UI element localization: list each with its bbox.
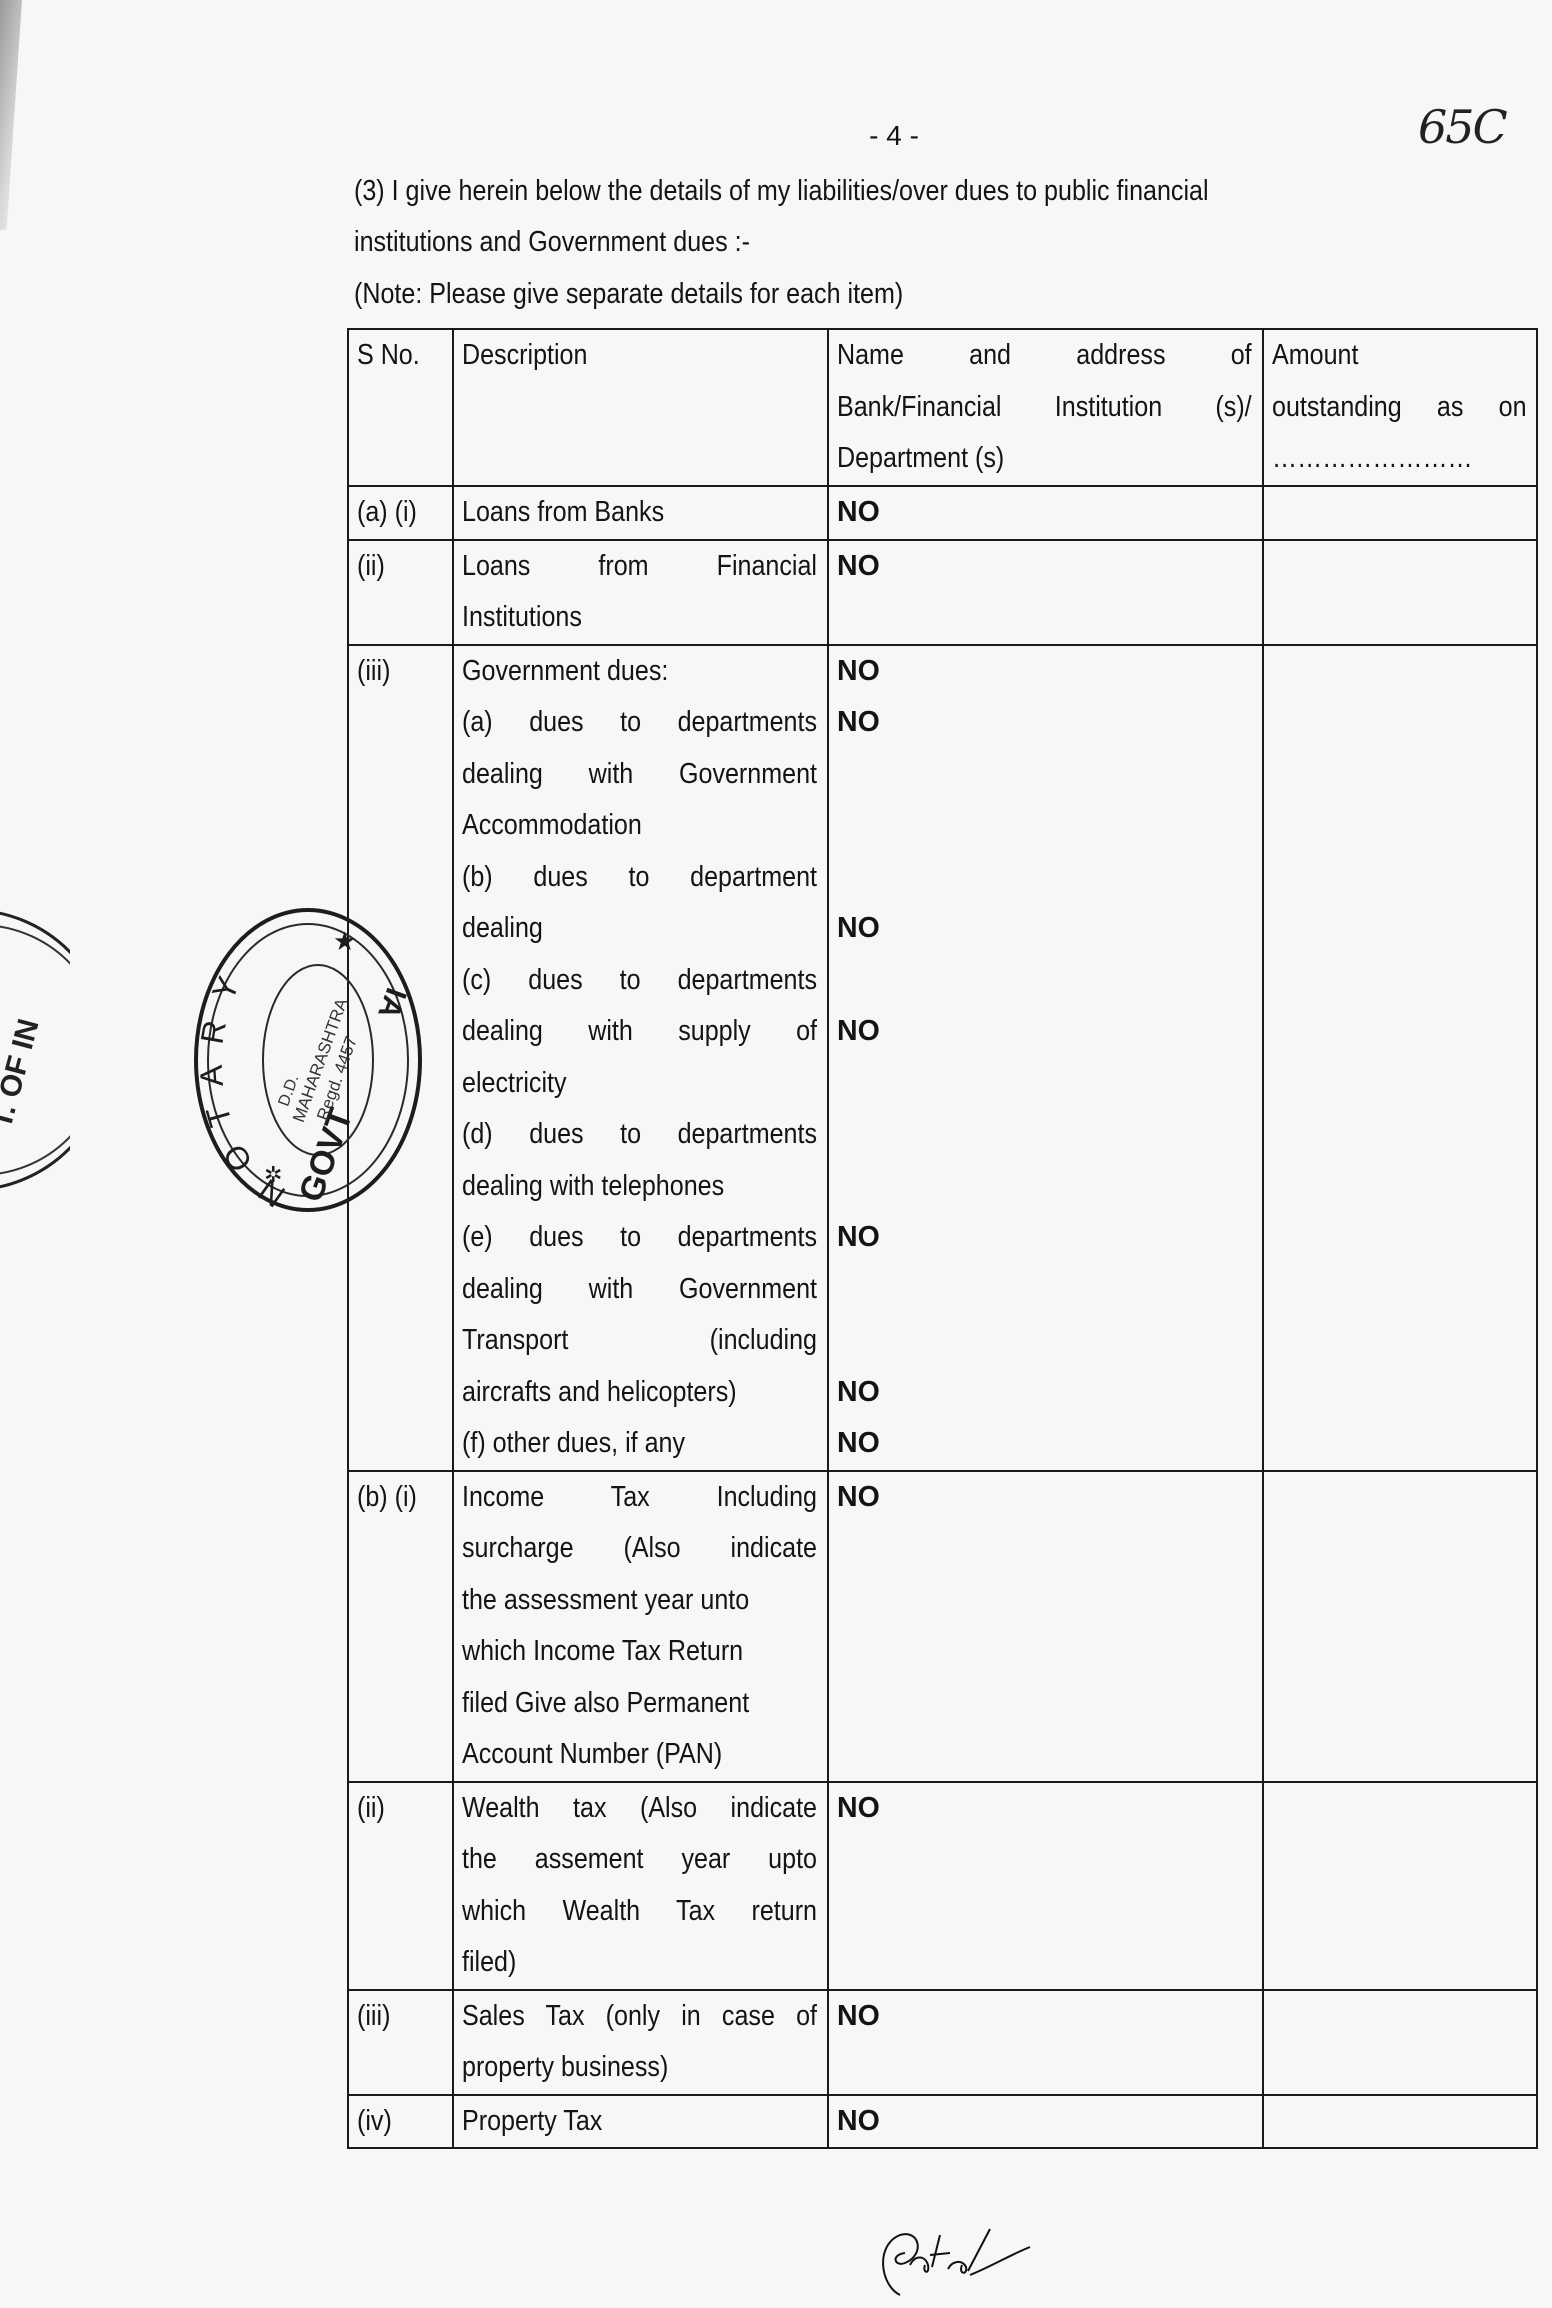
notary-seal-icon: N O T A R Y ★ ✲ GOVT IA D.D. MAHARASHTRA… — [168, 890, 423, 1230]
row-amount-outstanding — [1263, 1782, 1537, 1990]
answer-blank — [837, 852, 1254, 904]
row-amount-outstanding — [1263, 2095, 1537, 2149]
row-bank-name-address: NO — [828, 1782, 1263, 1990]
answer-blank — [837, 1161, 1254, 1213]
answer-value: NO — [837, 646, 1254, 698]
header-sno: S No. — [348, 329, 453, 486]
row-amount-outstanding — [1263, 540, 1537, 645]
answer-value: NO — [837, 1991, 1254, 2043]
answer-blank — [837, 1315, 1254, 1367]
intro-line-2: institutions and Government dues :- — [354, 217, 1366, 269]
answer-value: NO — [837, 1418, 1254, 1470]
answer-value: NO — [837, 487, 1254, 539]
header-name-address: Name and address ofBank/Financial Instit… — [828, 329, 1263, 486]
row-bank-name-address: NO — [828, 1471, 1263, 1782]
answer-value: NO — [837, 1006, 1254, 1058]
answer-value: NO — [837, 1472, 1254, 1524]
row-bank-name-address: NO — [828, 486, 1263, 540]
answer-blank — [837, 800, 1254, 852]
row-bank-name-address: NO — [828, 2095, 1263, 2149]
svg-text:✲: ✲ — [264, 1162, 282, 1187]
row-bank-name-address: NO — [828, 540, 1263, 645]
row-sno: (a) (i) — [348, 486, 453, 540]
answer-blank — [837, 955, 1254, 1007]
row-bank-name-address: NO — [828, 1990, 1263, 2095]
table-row: (iii)Sales Tax (only in case ofproperty … — [348, 1990, 1537, 2095]
row-description: Government dues:(a) dues to departmentsd… — [453, 645, 828, 1471]
answer-value: NO — [837, 697, 1254, 749]
row-bank-name-address: NONONONONONONO — [828, 645, 1263, 1471]
table-header-row: S No. Description Name and address ofBan… — [348, 329, 1537, 486]
row-sno: (ii) — [348, 1782, 453, 1990]
answer-value: NO — [837, 1783, 1254, 1835]
table-row: (ii)Wealth tax (Also indicatethe assemen… — [348, 1782, 1537, 1990]
row-amount-outstanding — [1263, 1471, 1537, 1782]
row-amount-outstanding — [1263, 486, 1537, 540]
row-description: Sales Tax (only in case ofproperty busin… — [453, 1990, 828, 2095]
row-description: Loans from Banks — [453, 486, 828, 540]
row-description: Loans from FinancialInstitutions — [453, 540, 828, 645]
intro-line-1: (3) I give herein below the details of m… — [354, 166, 1366, 218]
svg-text:T. OF IN: T. OF IN — [0, 1015, 46, 1131]
answer-value: NO — [837, 1367, 1254, 1419]
answer-blank — [837, 1264, 1254, 1316]
table-row: (ii)Loans from FinancialInstitutionsNO — [348, 540, 1537, 645]
answer-blank — [837, 1058, 1254, 1110]
table-row: (b) (i)Income Tax Includingsurcharge (Al… — [348, 1471, 1537, 1782]
table-row: (iii)Government dues:(a) dues to departm… — [348, 645, 1537, 1471]
svg-text:★: ★ — [333, 926, 356, 956]
table-row: (a) (i)Loans from BanksNO — [348, 486, 1537, 540]
row-description: Wealth tax (Also indicatethe assement ye… — [453, 1782, 828, 1990]
intro-note: (Note: Please give separate details for … — [354, 269, 1366, 321]
answer-value: NO — [837, 2096, 1254, 2148]
table-row: (iv)Property TaxNO — [348, 2095, 1537, 2149]
row-amount-outstanding — [1263, 1990, 1537, 2095]
scan-page-edge — [0, 0, 22, 230]
row-sno: (iii) — [348, 1990, 453, 2095]
answer-value: NO — [837, 1212, 1254, 1264]
row-sno: (ii) — [348, 540, 453, 645]
row-sno: (b) (i) — [348, 1471, 453, 1782]
answer-blank — [837, 1109, 1254, 1161]
partial-notary-seal-left: T. OF IN — [0, 900, 70, 1200]
answer-value: NO — [837, 541, 1254, 593]
row-description: Property Tax — [453, 2095, 828, 2149]
answer-value: NO — [837, 903, 1254, 955]
row-sno: (iv) — [348, 2095, 453, 2149]
handwritten-signature: Pctd — [870, 2225, 1040, 2305]
handwritten-folio-number: 65C — [1418, 100, 1506, 154]
header-description: Description — [453, 329, 828, 486]
row-amount-outstanding — [1263, 645, 1537, 1471]
answer-blank — [837, 749, 1254, 801]
liabilities-table: S No. Description Name and address ofBan… — [347, 328, 1538, 2149]
row-description: Income Tax Includingsurcharge (Also indi… — [453, 1471, 828, 1782]
page-number: - 4 - — [118, 120, 1552, 152]
header-amount-outstanding: Amountoutstanding as on…………………… — [1263, 329, 1537, 486]
